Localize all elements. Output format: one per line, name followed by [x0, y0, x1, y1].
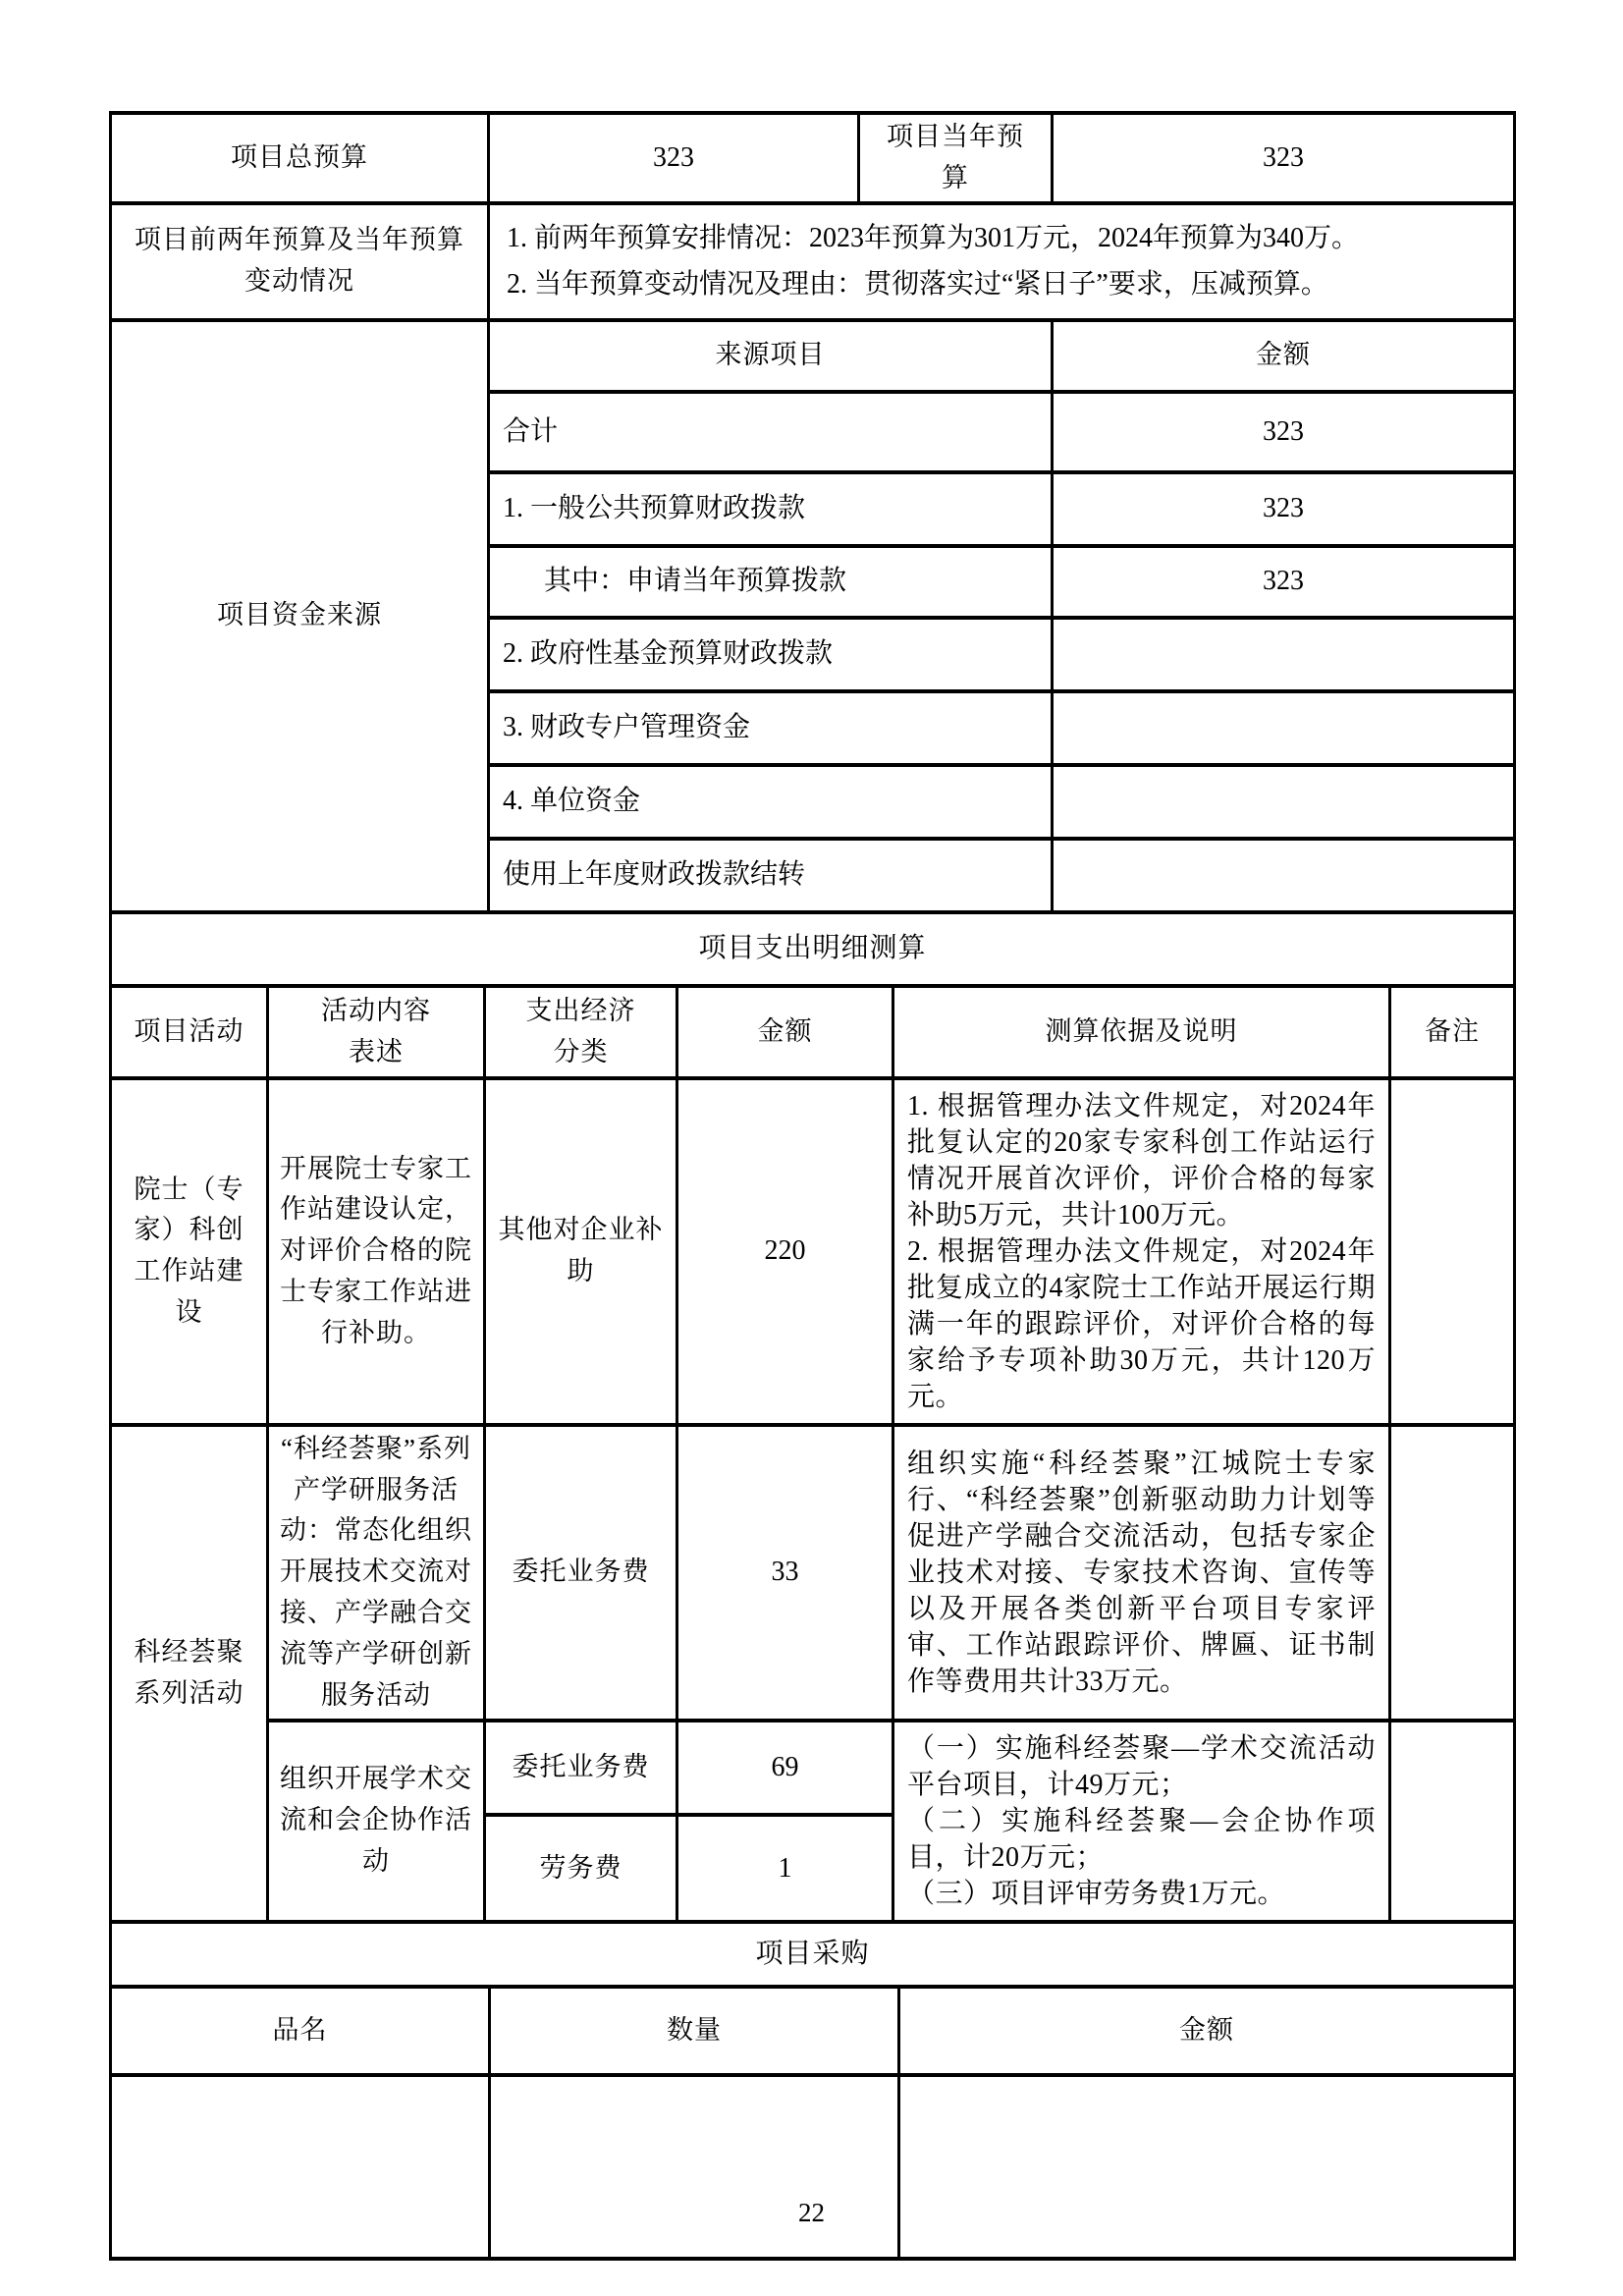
- funding-source-cell: 其中：申请当年预算拨款: [489, 546, 1053, 618]
- col-header-activity: 项目活动: [111, 986, 268, 1078]
- procurement-section-title: 项目采购: [111, 1922, 1515, 1987]
- summary-totals-table: 项目总预算 323 项目当年预 算 323: [109, 111, 1516, 205]
- table-row: 项目采购: [111, 1922, 1515, 1987]
- current-year-budget-value: 323: [1053, 113, 1515, 203]
- procurement-section-title-table: 项目采购: [109, 1920, 1516, 1989]
- current-year-budget-label: 项目当年预 算: [859, 113, 1053, 203]
- procurement-name-cell: [111, 2075, 490, 2259]
- document-page: 项目总预算 323 项目当年预 算 323 项目前两年预算及当年预算变动情况 1…: [0, 0, 1623, 2296]
- col-header-category: 支出经济 分类: [485, 986, 677, 1078]
- funding-source-cell: 2. 政府性基金预算财政拨款: [489, 618, 1053, 691]
- table-row: 项目总预算 323 项目当年预 算 323: [111, 113, 1515, 203]
- col-header-remark: 备注: [1390, 986, 1515, 1078]
- detail-section-title: 项目支出明细测算: [111, 912, 1515, 986]
- table-row: 项目前两年预算及当年预算变动情况 1. 前两年预算安排情况：2023年预算为30…: [111, 203, 1515, 320]
- table-row: 项目支出明细测算: [111, 912, 1515, 986]
- detail-row: 科经荟聚系列活动 “科经荟聚”系列产学研服务活动：常态化组织开展技术交流对接、产…: [111, 1425, 1515, 1721]
- funding-source-cell: 合计: [489, 392, 1053, 472]
- remark-cell: [1390, 1721, 1515, 1922]
- procurement-col-amount-header: 金额: [899, 1987, 1515, 2075]
- remark-cell: [1390, 1425, 1515, 1721]
- funding-sources-table: 项目资金来源 来源项目 金额 合计 323 1. 一般公共预算财政拨款 323 …: [109, 318, 1516, 914]
- funding-col-source-header: 来源项目: [489, 320, 1053, 392]
- page-number: 22: [0, 2198, 1623, 2228]
- amount-cell: 69: [677, 1721, 893, 1816]
- description-cell: “科经荟聚”系列产学研服务活动：常态化组织开展技术交流对接、产学融合交流等产学研…: [268, 1425, 485, 1721]
- funding-source-cell: 1. 一般公共预算财政拨款: [489, 472, 1053, 546]
- remark-cell: [1390, 1078, 1515, 1425]
- basis-cell: 组织实施“科经荟聚”江城院士专家行、“科经荟聚”创新驱动助力计划等促进产学融合交…: [893, 1425, 1390, 1721]
- category-cell: 劳务费: [485, 1815, 677, 1921]
- procurement-col-quantity-header: 数量: [490, 1987, 899, 2075]
- procurement-col-name-header: 品名: [111, 1987, 490, 2075]
- procurement-header-row: 品名 数量 金额: [111, 1987, 1515, 2075]
- funding-amount-cell: 323: [1053, 472, 1515, 546]
- description-cell: 组织开展学术交流和会企协作活动: [268, 1721, 485, 1922]
- description-cell: 开展院士专家工作站建设认定，对评价合格的院士专家工作站进行补助。: [268, 1078, 485, 1425]
- col-header-basis: 测算依据及说明: [893, 986, 1390, 1078]
- prior-budget-text: 1. 前两年预算安排情况：2023年预算为301万元，2024年预算为340万。…: [489, 203, 1515, 320]
- activity-cell: 科经荟聚系列活动: [111, 1425, 268, 1922]
- detail-header-row: 项目活动 活动内容 表述 支出经济 分类 金额 测算依据及说明 备注: [111, 986, 1515, 1078]
- col-header-amount: 金额: [677, 986, 893, 1078]
- funding-amount-cell: [1053, 765, 1515, 839]
- category-cell: 委托业务费: [485, 1425, 677, 1721]
- funding-amount-cell: [1053, 618, 1515, 691]
- amount-cell: 33: [677, 1425, 893, 1721]
- detail-row: 院士（专家）科创工作站建设 开展院士专家工作站建设认定，对评价合格的院士专家工作…: [111, 1078, 1515, 1425]
- funding-amount-cell: 323: [1053, 392, 1515, 472]
- detail-row: 组织开展学术交流和会企协作活动 委托业务费 69 （一）实施科经荟聚—学术交流活…: [111, 1721, 1515, 1816]
- funding-amount-cell: 323: [1053, 546, 1515, 618]
- procurement-empty-row: [111, 2075, 1515, 2259]
- funding-amount-cell: [1053, 691, 1515, 765]
- funding-amount-cell: [1053, 839, 1515, 912]
- prior-budget-label: 项目前两年预算及当年预算变动情况: [111, 203, 489, 320]
- amount-cell: 1: [677, 1815, 893, 1921]
- total-budget-label: 项目总预算: [111, 113, 489, 203]
- category-cell: 其他对企业补助: [485, 1078, 677, 1425]
- table-row: 项目资金来源 来源项目 金额: [111, 320, 1515, 392]
- procurement-quantity-cell: [490, 2075, 899, 2259]
- total-budget-value: 323: [489, 113, 859, 203]
- detail-section-title-table: 项目支出明细测算: [109, 910, 1516, 988]
- basis-cell: 1. 根据管理办法文件规定，对2024年批复认定的20家专家科创工作站运行情况开…: [893, 1078, 1390, 1425]
- activity-cell: 院士（专家）科创工作站建设: [111, 1078, 268, 1425]
- col-header-description: 活动内容 表述: [268, 986, 485, 1078]
- basis-cell: （一）实施科经荟聚—学术交流活动平台项目，计49万元； （二）实施科经荟聚—会企…: [893, 1721, 1390, 1922]
- funding-source-cell: 3. 财政专户管理资金: [489, 691, 1053, 765]
- funding-section-label: 项目资金来源: [111, 320, 489, 912]
- budget-table: 项目总预算 323 项目当年预 算 323 项目前两年预算及当年预算变动情况 1…: [109, 111, 1513, 2261]
- prior-budget-table: 项目前两年预算及当年预算变动情况 1. 前两年预算安排情况：2023年预算为30…: [109, 201, 1516, 322]
- category-cell: 委托业务费: [485, 1721, 677, 1816]
- funding-source-cell: 4. 单位资金: [489, 765, 1053, 839]
- expenditure-detail-table: 项目活动 活动内容 表述 支出经济 分类 金额 测算依据及说明 备注 院士（专家…: [109, 984, 1516, 1924]
- amount-cell: 220: [677, 1078, 893, 1425]
- funding-source-cell: 使用上年度财政拨款结转: [489, 839, 1053, 912]
- funding-col-amount-header: 金额: [1053, 320, 1515, 392]
- procurement-amount-cell: [899, 2075, 1515, 2259]
